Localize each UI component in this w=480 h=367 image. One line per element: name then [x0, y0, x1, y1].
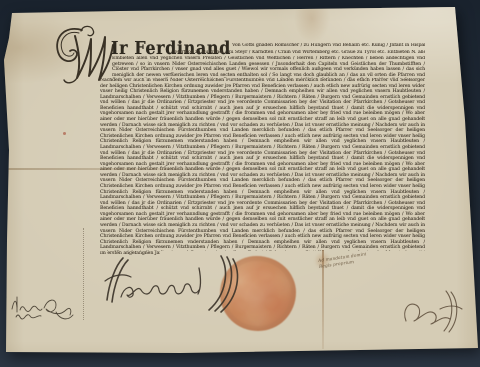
parchment-wrapper: Ir Ferdinand Von Gotts gnaden Römischer …	[0, 0, 480, 367]
right-registrator-signature	[398, 287, 466, 335]
ornamental-initial-w-icon	[52, 23, 118, 85]
fold-crease-dotted	[83, 228, 84, 320]
fold-crease-horizontal	[5, 168, 257, 170]
ferdinand-signature	[101, 254, 243, 314]
photo-of-document: Ir Ferdinand Von Gotts gnaden Römischer …	[0, 0, 480, 367]
main-text-block: Nachdem wir auch in vnsern Nider Osterre…	[100, 78, 425, 251]
indented-text-block: Embieten allen vnd yeglichen vnsern Prel…	[112, 56, 425, 78]
chancery-note: Ad mandatum domini Regis proprium	[318, 248, 397, 270]
ink-speck	[63, 132, 66, 135]
parchment-sheet: Ir Ferdinand Von Gotts gnaden Römischer …	[0, 0, 480, 367]
left-countersignature	[6, 290, 76, 324]
